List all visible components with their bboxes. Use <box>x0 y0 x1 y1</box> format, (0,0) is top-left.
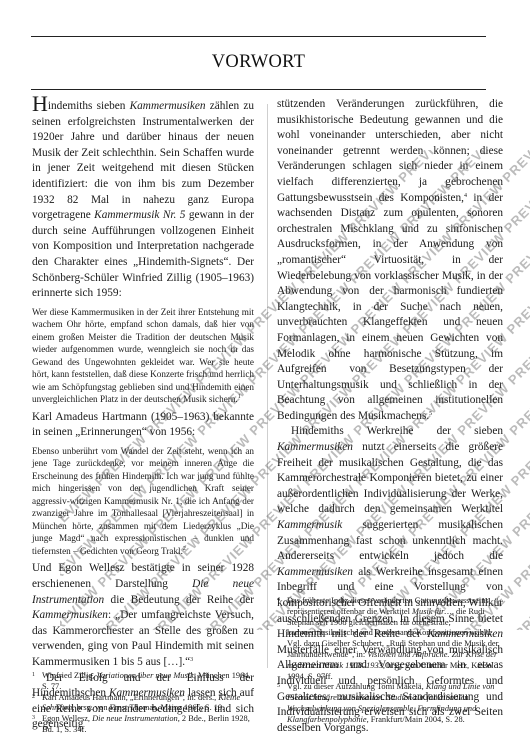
header-rule-top <box>31 36 486 37</box>
footnote-ref[interactable]: 5 <box>429 411 432 417</box>
page-title: VORWORT <box>31 52 486 73</box>
header-rule-bottom <box>31 89 486 90</box>
block-quote-hartmann: Ebenso unberührt vom Wandel der Zeit ste… <box>32 445 254 558</box>
footnote-ref[interactable]: 3 <box>190 657 193 663</box>
paragraph-intro: Hindemiths sieben Kammermusiken zählen z… <box>32 97 254 302</box>
column-divider <box>267 104 268 668</box>
footnote-2: 2Karl Amadeus Hartmann, „Erinnerungen“, … <box>32 693 254 715</box>
footnotes-right: 4Das früheste Indiz dieses veränderten G… <box>277 596 503 726</box>
left-column: Hindemiths sieben Kammermusiken zählen z… <box>32 97 254 733</box>
footnotes-left: 1Winfried Zillig, Variationen über neue … <box>32 671 254 736</box>
watermark-text: PREVIEW PREVIEW PREVIEW PREVIEW PREVIEW … <box>512 150 530 630</box>
footnote-4: 4Das früheste Indiz dieses veränderten G… <box>277 596 503 682</box>
document-page: VORWORT Hindemiths sieben Kammermusiken … <box>0 0 530 750</box>
footnote-1: 1Winfried Zillig, Variationen über neue … <box>32 671 254 693</box>
footnote-ref[interactable]: 1 <box>238 394 241 400</box>
footnote-3: 3Egon Wellesz, Die neue Instrumentation,… <box>32 714 254 736</box>
paragraph-wellesz: Und Egon Wellesz bestätigte in seiner 19… <box>32 561 254 670</box>
paragraph-changes: stützenden Veränderungen zurückführen, d… <box>277 97 503 424</box>
drop-cap: H <box>32 91 48 116</box>
footnote-5: 5Vgl. zu dieser Aufzählung Tomi Mäkelä, … <box>277 682 503 725</box>
paragraph-hartmann: Karl Amadeus Hartmann (1905–1963) bekann… <box>32 410 254 441</box>
block-quote-zillig: Wer diese Kammermusiken in der Zeit ihre… <box>32 306 254 406</box>
footnote-ref[interactable]: 2 <box>183 546 186 552</box>
